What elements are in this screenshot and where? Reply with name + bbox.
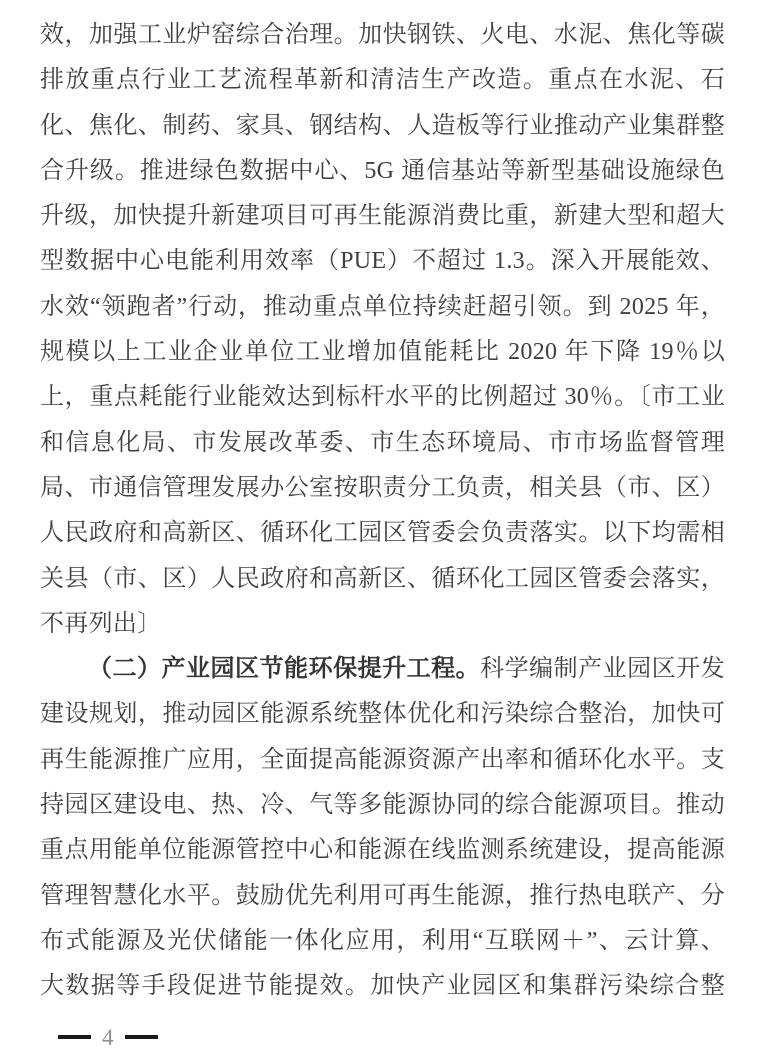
text-line: （二）产业园区节能环保提升工程。科学编制产业园区开发 bbox=[40, 647, 725, 692]
text-line: 规模以上工业企业单位工业增加值能耗比 2020 年下降 19％以 bbox=[40, 330, 725, 375]
text-line: 建设规划，推动园区能源系统整体优化和污染综合整治，加快可 bbox=[40, 692, 725, 737]
text-line: 持园区建设电、热、冷、气等多能源协同的综合能源项目。推动 bbox=[40, 783, 725, 828]
text-line: 上，重点耗能行业能效达到标杆水平的比例超过 30％。〔市工业 bbox=[40, 375, 725, 420]
text-line: 大数据等手段促进节能提效。加快产业园区和集群污染综合整 bbox=[40, 964, 725, 1009]
document-page: 效，加强工业炉窑综合治理。加快钢铁、火电、水泥、焦化等碳排放重点行业工艺流程革新… bbox=[0, 0, 766, 1061]
page-number: 4 bbox=[102, 1026, 114, 1049]
text-segment: 型数据中心电能利用效率（PUE）不超过 1.3。深入开展能效、 bbox=[40, 248, 725, 274]
text-segment: 效，加强工业炉窑综合治理。加快钢铁、火电、水泥、焦化等碳 bbox=[40, 22, 725, 48]
page-footer: — 4 — bbox=[58, 1026, 158, 1048]
text-segment: 水效“领跑者”行动，推动重点单位持续赶超引领。到 2025 年， bbox=[40, 294, 725, 320]
text-segment: 合升级。推进绿色数据中心、5G 通信基站等新型基础设施绿色 bbox=[40, 158, 725, 184]
text-line: 人民政府和高新区、循环化工园区管委会负责落实。以下均需相 bbox=[40, 511, 725, 556]
text-line: 布式能源及光伏储能一体化应用，利用“互联网＋”、云计算、 bbox=[40, 919, 725, 964]
text-segment: 布式能源及光伏储能一体化应用，利用“互联网＋”、云计算、 bbox=[40, 928, 725, 954]
text-line: 再生能源推广应用，全面提高能源资源产出率和循环化水平。支 bbox=[40, 738, 725, 783]
text-segment: 关县（市、区）人民政府和高新区、循环化工园区管委会落实， bbox=[40, 566, 725, 592]
text-line: 重点用能单位能源管控中心和能源在线监测系统建设，提高能源 bbox=[40, 828, 725, 873]
text-segment: 人民政府和高新区、循环化工园区管委会负责落实。以下均需相 bbox=[40, 520, 725, 546]
text-segment: 上，重点耗能行业能效达到标杆水平的比例超过 30％。〔市工业 bbox=[40, 384, 725, 410]
footer-dash-left: — bbox=[58, 1035, 91, 1039]
text-line: 排放重点行业工艺流程革新和清洁生产改造。重点在水泥、石 bbox=[40, 58, 725, 103]
text-segment: 管理智慧化水平。鼓励优先利用可再生能源，推行热电联产、分 bbox=[40, 883, 725, 909]
text-line: 管理智慧化水平。鼓励优先利用可再生能源，推行热电联产、分 bbox=[40, 874, 725, 919]
text-line: 化、焦化、制药、家具、钢结构、人造板等行业推动产业集群整 bbox=[40, 104, 725, 149]
text-segment: 和信息化局、市发展改革委、市生态环境局、市市场监督管理 bbox=[40, 430, 725, 456]
text-segment: 化、焦化、制药、家具、钢结构、人造板等行业推动产业集群整 bbox=[40, 113, 725, 139]
text-line: 合升级。推进绿色数据中心、5G 通信基站等新型基础设施绿色 bbox=[40, 149, 725, 194]
text-segment: 不再列出〕 bbox=[40, 611, 162, 637]
text-line: 和信息化局、市发展改革委、市生态环境局、市市场监督管理 bbox=[40, 421, 725, 466]
text-segment: 规模以上工业企业单位工业增加值能耗比 2020 年下降 19％以 bbox=[40, 339, 725, 365]
text-segment: 局、市通信管理发展办公室按职责分工负责，相关县（市、区） bbox=[40, 475, 725, 501]
text-line: 关县（市、区）人民政府和高新区、循环化工园区管委会落实， bbox=[40, 557, 725, 602]
text-line: 局、市通信管理发展办公室按职责分工负责，相关县（市、区） bbox=[40, 466, 725, 511]
text-line: 水效“领跑者”行动，推动重点单位持续赶超引领。到 2025 年， bbox=[40, 285, 725, 330]
text-line: 不再列出〕 bbox=[40, 602, 725, 647]
text-segment: 重点用能单位能源管控中心和能源在线监测系统建设，提高能源 bbox=[40, 837, 725, 863]
text-line: 升级，加快提升新建项目可再生能源消费比重，新建大型和超大 bbox=[40, 194, 725, 239]
text-segment: 建设规划，推动园区能源系统整体优化和污染综合整治，加快可 bbox=[40, 701, 725, 727]
document-body: 效，加强工业炉窑综合治理。加快钢铁、火电、水泥、焦化等碳排放重点行业工艺流程革新… bbox=[40, 13, 725, 1010]
text-line: 型数据中心电能利用效率（PUE）不超过 1.3。深入开展能效、 bbox=[40, 239, 725, 284]
section-heading: （二）产业园区节能环保提升工程。 bbox=[88, 656, 480, 682]
text-segment: 再生能源推广应用，全面提高能源资源产出率和循环化水平。支 bbox=[40, 747, 725, 773]
text-segment: 大数据等手段促进节能提效。加快产业园区和集群污染综合整 bbox=[40, 973, 725, 999]
text-segment: 排放重点行业工艺流程革新和清洁生产改造。重点在水泥、石 bbox=[40, 67, 725, 93]
text-segment: 科学编制产业园区开发 bbox=[480, 656, 725, 682]
text-segment: 持园区建设电、热、冷、气等多能源协同的综合能源项目。推动 bbox=[40, 792, 725, 818]
text-segment: 升级，加快提升新建项目可再生能源消费比重，新建大型和超大 bbox=[40, 203, 725, 229]
footer-dash-right: — bbox=[125, 1035, 158, 1039]
text-line: 效，加强工业炉窑综合治理。加快钢铁、火电、水泥、焦化等碳 bbox=[40, 13, 725, 58]
